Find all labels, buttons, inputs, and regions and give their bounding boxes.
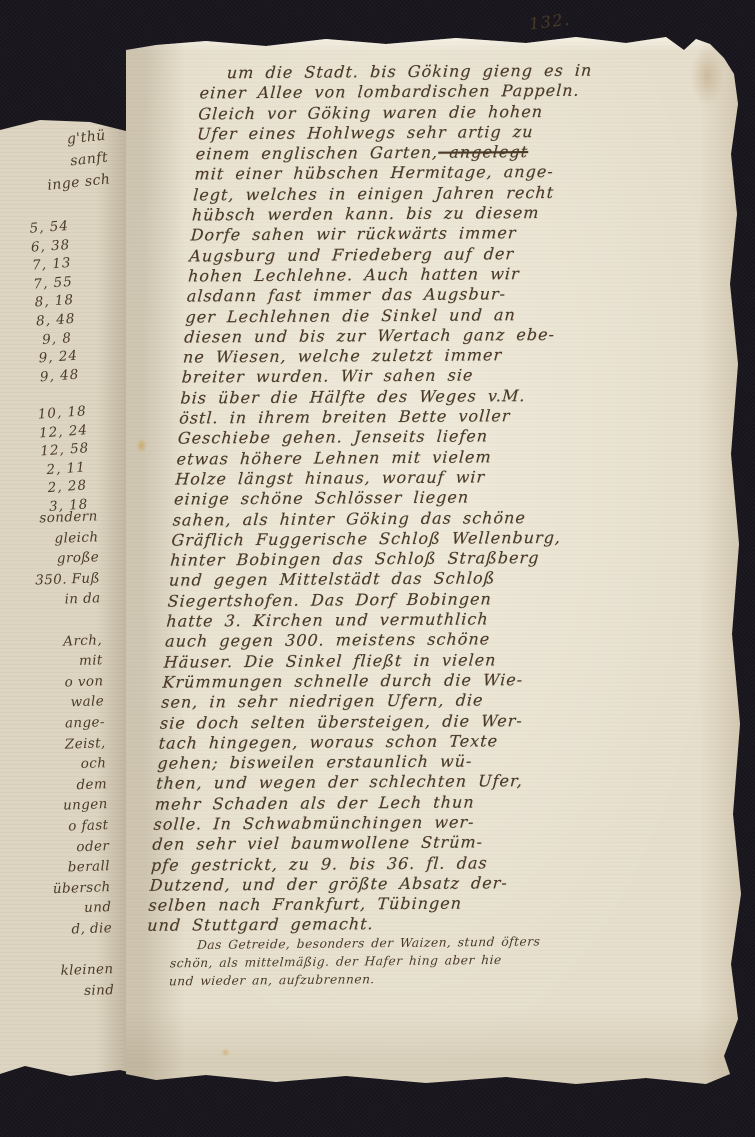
line-text: bis über die Hälfte des Weges v.M.: [180, 386, 526, 407]
line-text: sahen, als hinter Göking das schöne: [172, 508, 526, 529]
line-text: Krümmungen schnelle durch die Wie-: [162, 670, 524, 692]
paper-stain: [221, 1048, 230, 1057]
line-text: then, und wegen der schlechten Ufer,: [156, 771, 524, 793]
line-text: um die Stadt. bis Göking gieng es in: [226, 61, 593, 83]
left-page-text-fragments-top: Lechf.wirg'thüsanftinge sch: [0, 81, 111, 201]
line-text: hübsch werden kann. bis zu diesem: [191, 203, 540, 224]
paper-stain: [136, 438, 147, 453]
line-text: tach hingegen, woraus schon Texte: [158, 731, 499, 752]
line-text: und Stuttgard gemacht.: [147, 915, 375, 936]
line-text: Häuser. Die Sinkel fließt in vielen: [163, 650, 497, 671]
line-text: ger Lechlehnen die Sinkel und an: [185, 305, 517, 326]
line-text: Holze längst hinaus, worauf wir: [175, 467, 486, 488]
manuscript-text-block: um die Stadt. bis Göking gieng es ineine…: [147, 60, 642, 936]
manuscript-line: Gräflich Fuggerische Schloß Wellenburg,: [171, 527, 612, 550]
line-text: breiter wurden. Wir sahen sie: [181, 366, 474, 387]
line-text: hinter Bobingen das Schloß Straßberg: [170, 548, 540, 570]
line-text: etwas höhere Lehnen mit vielem: [176, 447, 492, 468]
line-text: östl. in ihrem breiten Bette voller: [179, 406, 511, 427]
line-text: Ufer eines Hohlwegs sehr artig zu: [196, 122, 534, 143]
line-text: selben nach Frankfurt, Tübingen: [148, 894, 463, 915]
line-text: Gleich vor Göking waren die hohen: [198, 102, 544, 123]
text-fragment: sind: [8, 980, 115, 1004]
line-text: einem englischen Garten,: [195, 143, 439, 164]
line-text: sie doch selten übersteigen, die Wer-: [159, 711, 523, 733]
line-text: Augsburg und Friedeberg auf der: [189, 244, 515, 265]
paper-stain: [690, 46, 724, 106]
line-text: diesen und bis zur Wertach ganz ebe-: [184, 325, 556, 347]
left-page-text-fragments-bottom: sonderngleichgroße350. Fußin daArch,mito…: [0, 506, 115, 1004]
manuscript-line: einer Allee von lombardischen Pappeln.: [199, 81, 640, 104]
line-text: alsdann fast immer das Augsbur-: [186, 284, 506, 305]
line-text: solle. In Schwabmünchingen wer-: [153, 812, 475, 833]
line-text: hohen Lechlehne. Auch hatten wir: [188, 264, 521, 285]
page-number: 132.: [528, 10, 572, 34]
manuscript-footer-block: Das Getreide, besonders der Waizen, stun…: [168, 932, 621, 991]
line-text: und gegen Mittelstädt das Schloß: [168, 569, 496, 590]
line-text: mehr Schaden als der Lech thun: [154, 792, 475, 813]
line-text: Gräflich Fuggerische Schloß Wellenburg,: [171, 528, 562, 550]
book-scan: Lechf.wirg'thüsanftinge sch 5, 546, 387,…: [0, 0, 755, 1137]
line-text: auch gegen 300. meistens schöne: [165, 630, 491, 651]
text-fragment: d, die: [6, 918, 113, 942]
line-text: ne Wiesen, welche zuletzt immer: [182, 345, 502, 366]
line-text: legt, welches in einigen Jahren recht: [193, 183, 555, 205]
line-text: Siegertshofen. Das Dorf Bobingen: [167, 589, 492, 610]
line-text: sen, in sehr niedrigen Ufern, die: [161, 691, 484, 712]
line-text: einige schöne Schlösser liegen: [173, 488, 469, 509]
text-fragment: in da: [0, 589, 101, 613]
line-text: pfe gestrickt, zu 9. bis 36. fl. das: [150, 853, 488, 874]
line-text: mit einer hübschen Hermitage, ange-: [194, 162, 554, 184]
line-text: Dutzend, und der größte Absatz der-: [149, 873, 508, 895]
struck-word: angelegt: [438, 142, 529, 162]
line-text: Dorfe sahen wir rückwärts immer: [190, 224, 517, 245]
line-text: gehen; bisweilen erstaunlich wü-: [157, 752, 473, 773]
line-text: Geschiebe gehen. Jenseits liefen: [177, 427, 488, 448]
line-text: einer Allee von lombardischen Pappeln.: [199, 81, 580, 103]
line-text: den sehr viel baumwollene Strüm-: [152, 833, 484, 854]
left-page-times-column: 5, 546, 387, 137, 558, 188, 489, 89, 249…: [8, 216, 111, 518]
line-text: hatte 3. Kirchen und vermuthlich: [166, 609, 489, 630]
text-fragment: Lechf.: [0, 81, 102, 114]
